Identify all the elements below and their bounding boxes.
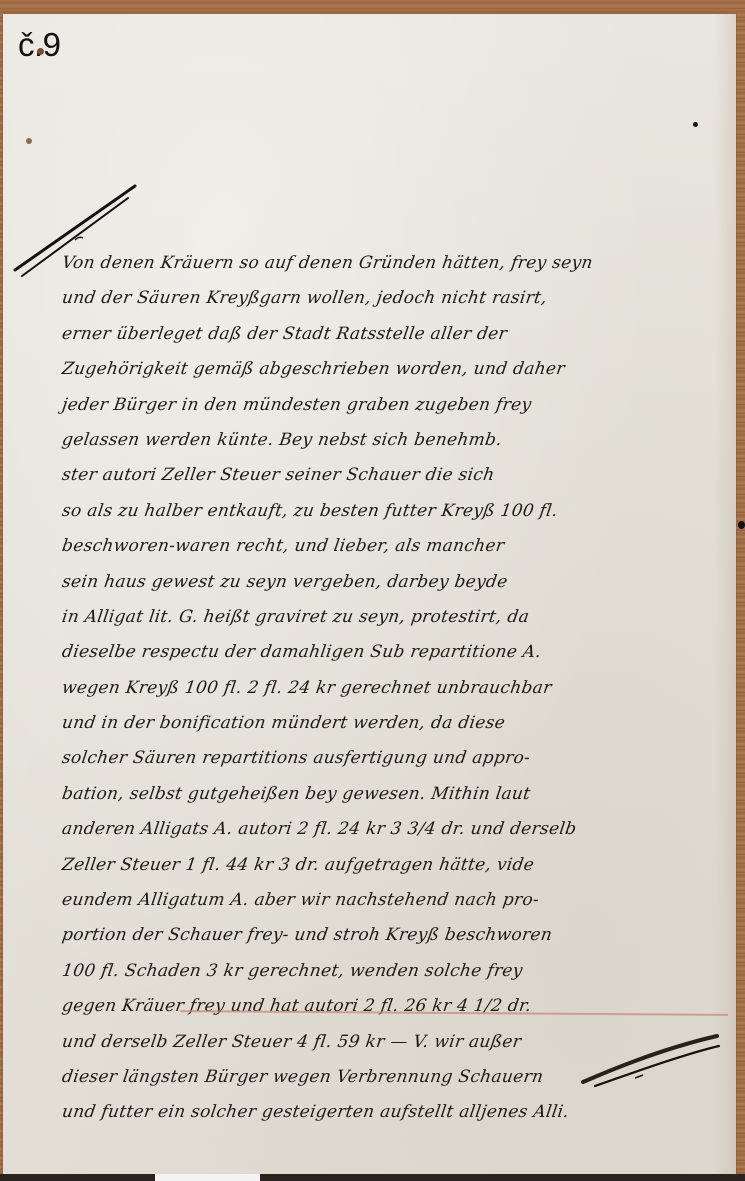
text-line: wegen Kreyß 100 fl. 2 fl. 24 kr gerechne… <box>60 671 737 706</box>
text-line: anderen Alligats A. autori 2 fl. 24 kr 3… <box>60 812 737 847</box>
page-number-label: č.9 <box>18 26 61 64</box>
text-line: Zugehörigkeit gemäß abgeschrieben worden… <box>60 352 737 387</box>
ink-dot <box>738 521 745 529</box>
text-line: 100 fl. Schaden 3 kr gerechnet, wenden s… <box>60 954 737 989</box>
photo-bottom-edge <box>0 1174 745 1181</box>
text-line: und der Säuren Kreyßgarn wollen, jedoch … <box>60 281 737 316</box>
text-line: dieser längsten Bürger wegen Verbrennung… <box>60 1060 737 1095</box>
text-line: beschworen-waren recht, und lieber, als … <box>60 529 737 564</box>
text-line: gelassen werden künte. Bey nebst sich be… <box>60 423 737 458</box>
text-line: sein haus gewest zu seyn vergeben, darbe… <box>60 565 737 600</box>
text-line: und in der bonification mündert werden, … <box>60 706 737 741</box>
text-line: ster autori Zeller Steuer seiner Schauer… <box>60 458 737 493</box>
text-line: eundem Alligatum A. aber wir nachstehend… <box>60 883 737 918</box>
text-line: in Alligat lit. G. heißt graviret zu sey… <box>60 600 737 635</box>
text-line: dieselbe respectu der damahligen Sub rep… <box>60 635 737 670</box>
pinhole-mark <box>26 138 32 144</box>
text-line: so als zu halber entkauft, zu besten fut… <box>60 494 737 529</box>
pinhole-mark <box>37 48 44 55</box>
text-line: und derselb Zeller Steuer 4 fl. 59 kr — … <box>60 1025 737 1060</box>
text-line: solcher Säuren repartitions ausfertigung… <box>60 741 737 776</box>
text-line: gegen Kräuer frey und hat autori 2 fl. 2… <box>60 989 737 1024</box>
text-line: und futter ein solcher gesteigerten aufs… <box>60 1095 737 1130</box>
text-line: portion der Schauer frey- und stroh Krey… <box>60 918 737 953</box>
handwritten-text-block: Von denen Kräuern so auf denen Gründen h… <box>62 246 734 1131</box>
text-line: Zeller Steuer 1 fl. 44 kr 3 dr. aufgetra… <box>60 848 737 883</box>
text-line: erner überleget daß der Stadt Ratsstelle… <box>60 317 737 352</box>
ink-dot <box>693 122 698 127</box>
text-line: bation, selbst gutgeheißen bey gewesen. … <box>60 777 737 812</box>
text-line: jeder Bürger in den mündesten graben zug… <box>60 388 737 423</box>
text-line: Von denen Kräuern so auf denen Gründen h… <box>60 246 737 281</box>
